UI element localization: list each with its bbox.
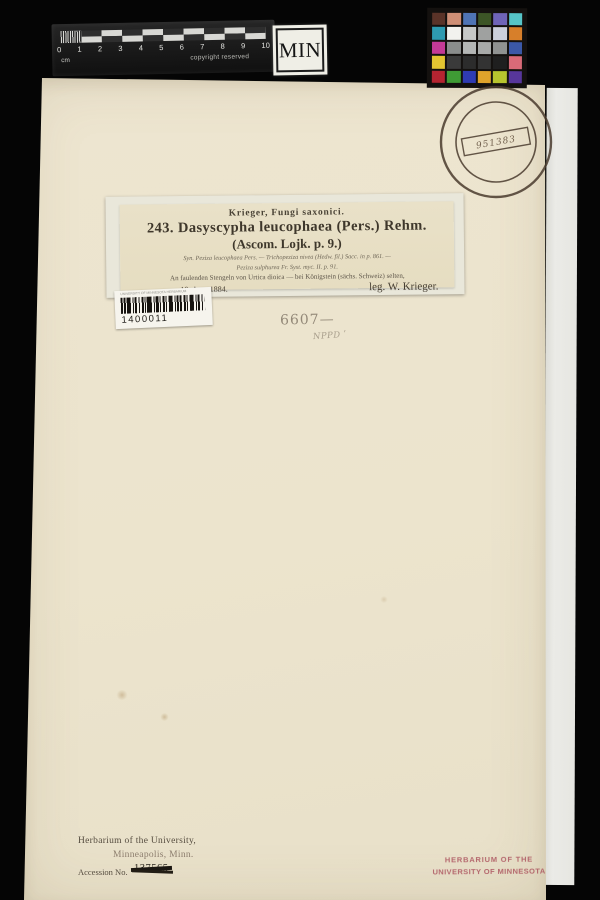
ruler-mm-hatch	[61, 31, 82, 43]
color-patch	[447, 13, 460, 25]
foxing-spot	[380, 596, 388, 603]
barcode-label: UNIVERSITY OF MINNESOTA HERBARIUM 140001…	[114, 287, 213, 329]
color-patch	[432, 13, 445, 25]
color-patch	[447, 56, 460, 68]
herbarium-stamp: UNIVERSITY OF MINNESOTA HERBARIUM 951383	[428, 74, 565, 211]
specimen-scan: 012345678910 cm copyright reserved MIN U…	[0, 0, 600, 900]
color-patch	[478, 71, 491, 83]
color-patch	[463, 42, 476, 54]
color-patch	[432, 42, 445, 54]
red-stamp-line-2: UNIVERSITY OF MINNESOTA	[430, 866, 548, 876]
red-herbarium-stamp: HERBARIUM OF THE UNIVERSITY OF MINNESOTA	[430, 854, 548, 876]
ruler-number: 5	[159, 43, 163, 52]
ruler-number: 2	[98, 44, 102, 53]
ruler-number: 9	[241, 41, 245, 50]
ruler-copyright: copyright reserved	[190, 53, 249, 61]
color-patch	[478, 13, 491, 25]
ruler-number: 7	[200, 42, 204, 51]
imprint-institution: Herbarium of the University,	[78, 836, 196, 846]
color-patch	[509, 13, 522, 25]
red-stamp-line-1: HERBARIUM OF THE	[430, 854, 548, 864]
color-patch	[462, 71, 475, 83]
foxing-spot	[160, 713, 169, 721]
color-patch	[432, 56, 445, 68]
color-patch	[463, 13, 476, 25]
color-patch	[493, 27, 506, 39]
color-patch	[478, 56, 491, 68]
color-patch	[493, 13, 506, 25]
label-species-title: 243. Dasyscypha leucophaea (Pers.) Rehm.	[120, 217, 454, 237]
ruler-number: 8	[221, 42, 225, 51]
foxing-spot	[116, 690, 128, 700]
color-patch	[478, 42, 491, 54]
color-patch	[493, 56, 506, 68]
label-collector: leg. W. Krieger.	[369, 280, 454, 293]
backing-strip	[543, 88, 577, 885]
stamp-handwritten-number: 951383	[475, 135, 516, 152]
color-patch	[447, 27, 460, 39]
color-patch	[447, 70, 460, 82]
color-patch	[509, 42, 522, 54]
ruler-number: 6	[180, 43, 184, 52]
color-patch	[478, 27, 491, 39]
stamp-graphic: UNIVERSITY OF MINNESOTA HERBARIUM 951383	[428, 74, 565, 211]
accession-number-crossed-out: 137565	[134, 863, 169, 874]
imprint-city: Minneapolis, Minn.	[113, 850, 194, 860]
barcode-microtext: UNIVERSITY OF MINNESOTA HERBARIUM	[120, 291, 168, 295]
color-patch	[463, 56, 476, 68]
pencil-accession-number: 6607—	[280, 312, 335, 329]
ruler-unit-label: cm	[61, 57, 70, 64]
color-patch	[509, 28, 522, 40]
scale-ruler: 012345678910 cm copyright reserved	[51, 20, 275, 77]
color-calibration-card	[427, 8, 527, 89]
color-patch	[509, 56, 522, 68]
color-patch	[432, 27, 445, 39]
ruler-number: 4	[139, 43, 143, 52]
specimen-label: Krieger, Fungi saxonici. 243. Dasyscypha…	[120, 201, 455, 290]
ruler-number: 10	[261, 41, 270, 50]
min-code-tag: MIN	[273, 25, 328, 76]
ruler-number: 3	[118, 44, 122, 53]
barcode-number: 1400011	[121, 311, 208, 326]
color-patch	[463, 27, 476, 39]
color-patch	[493, 42, 506, 54]
ruler-numbers: 012345678910	[57, 41, 270, 54]
min-code-text: MIN	[276, 28, 325, 73]
color-patch	[447, 42, 460, 54]
ruler-number: 0	[57, 45, 61, 54]
accession-label: Accession No.	[78, 867, 128, 877]
color-patch	[432, 70, 445, 82]
ruler-number: 1	[77, 45, 81, 54]
